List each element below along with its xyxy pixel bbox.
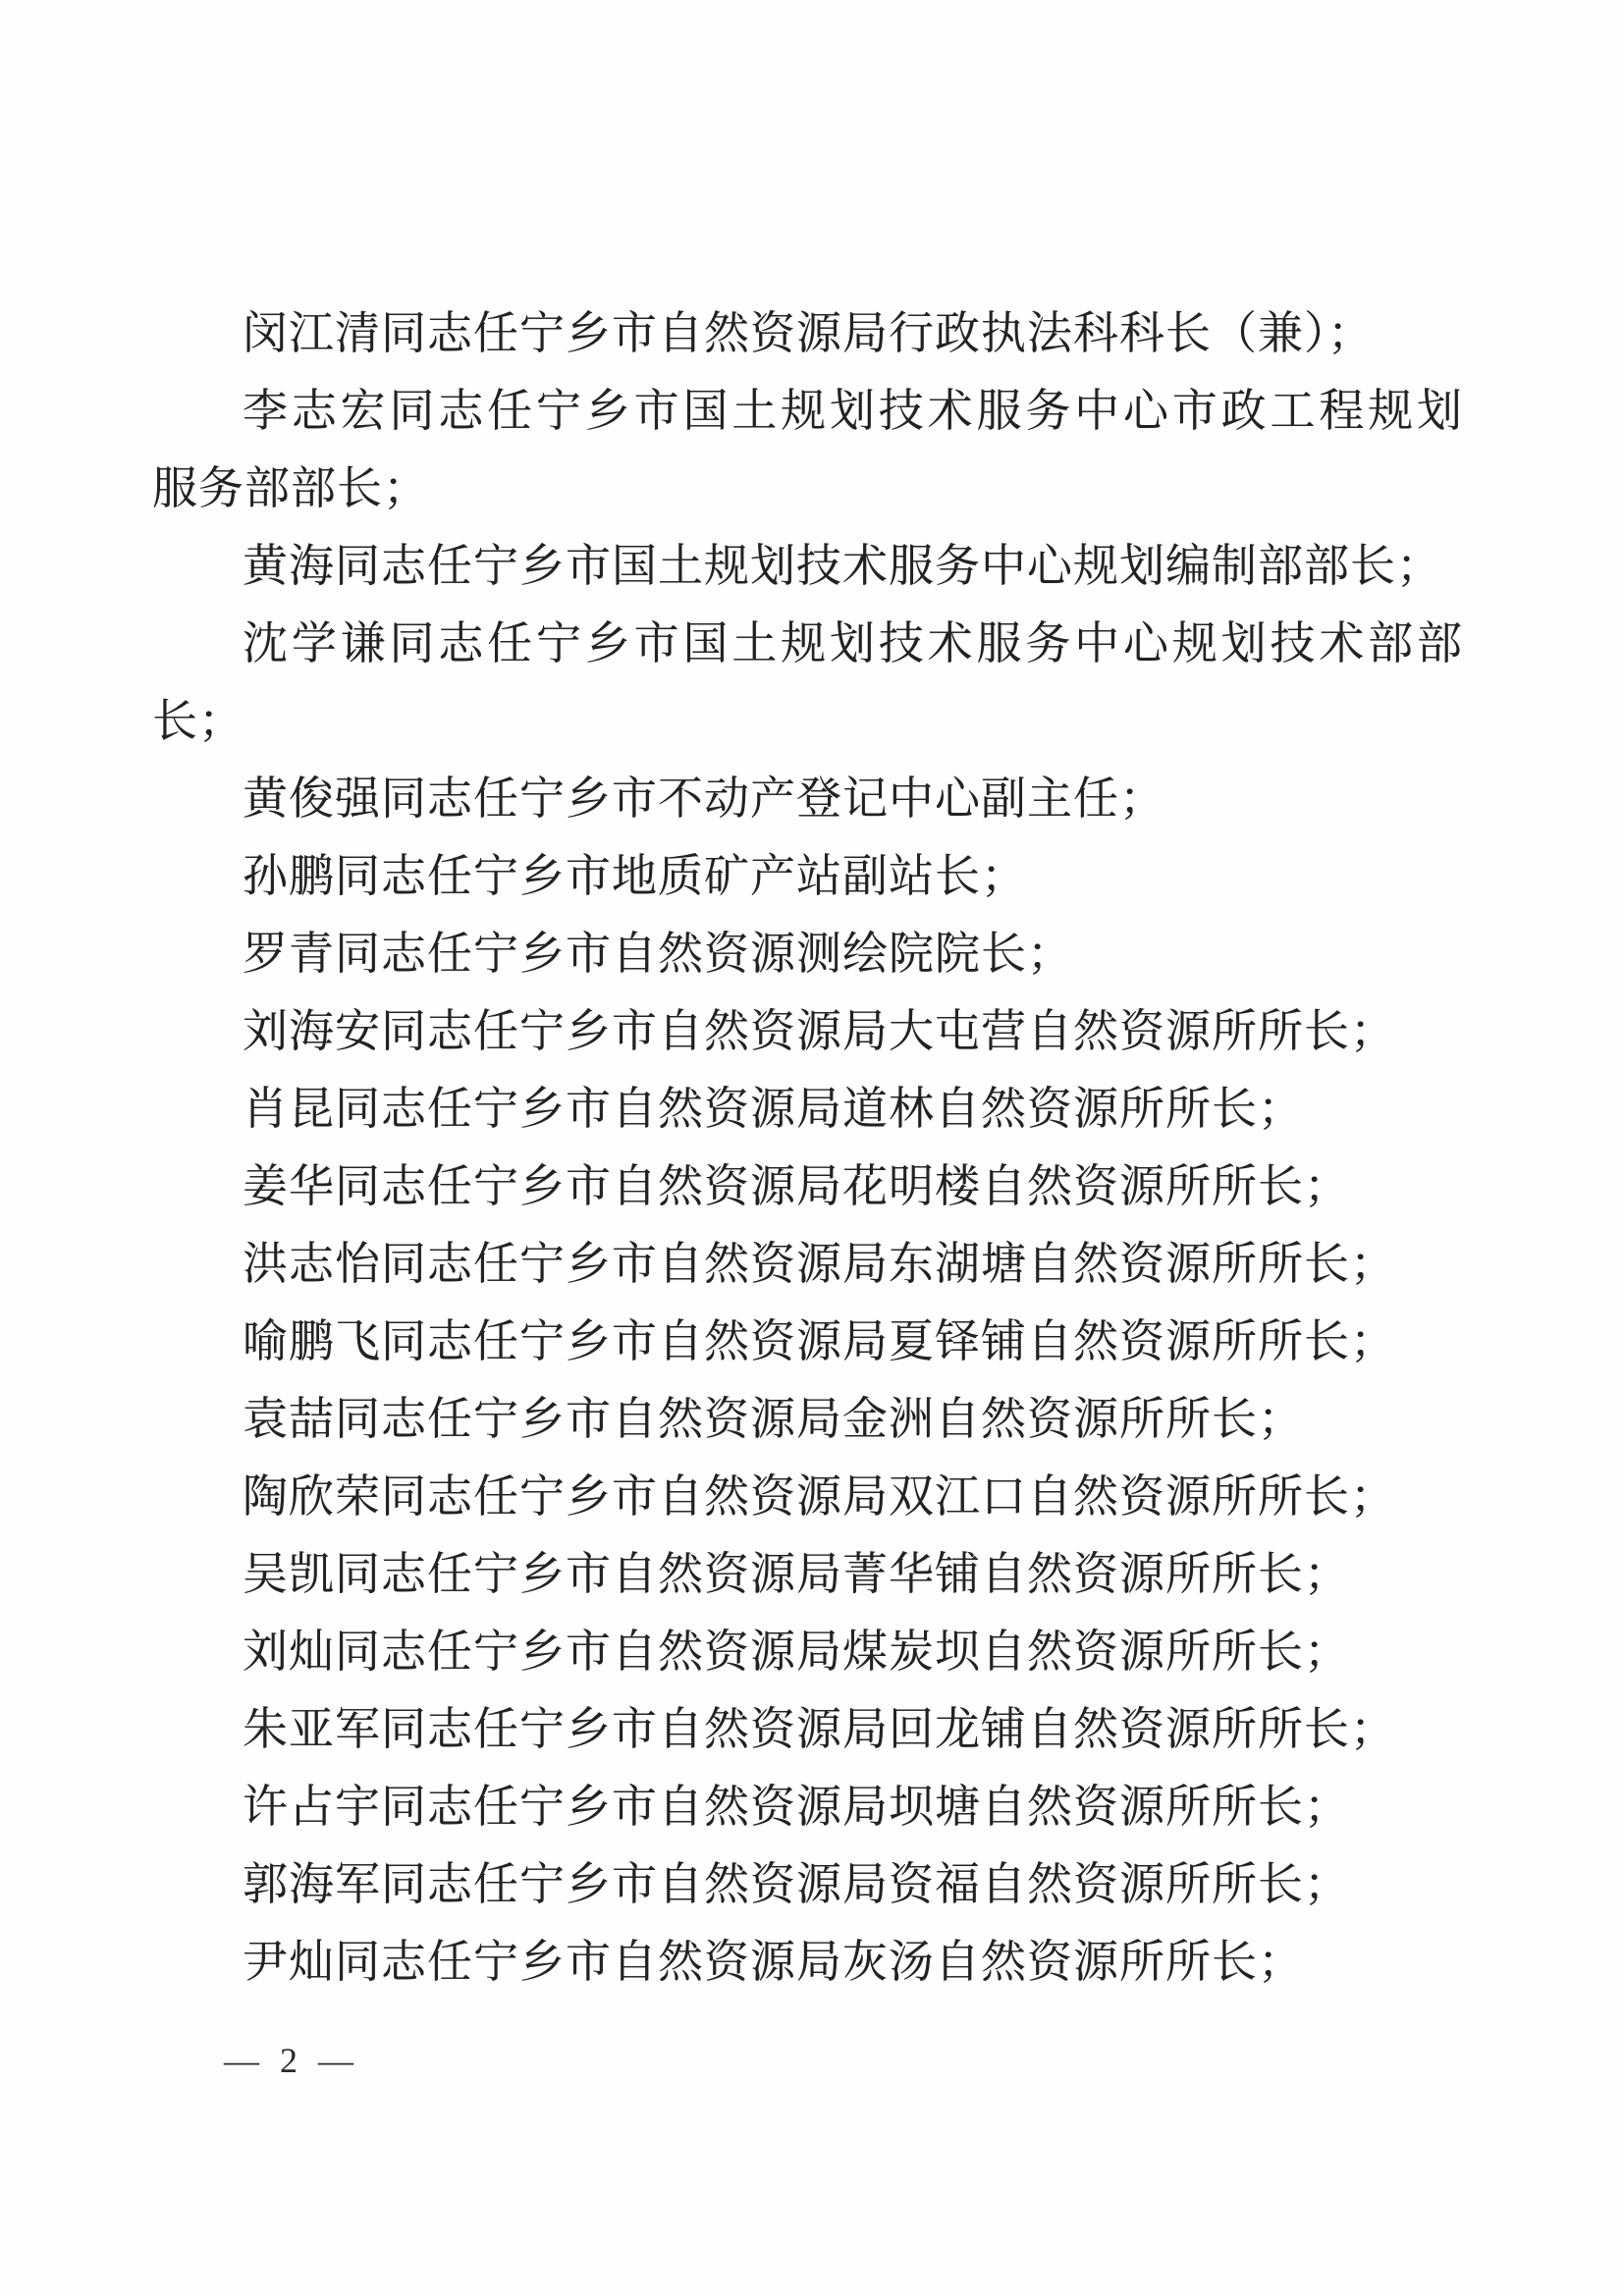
continuation-line: 服务部部长；: [152, 450, 1463, 527]
appointment-line: 罗青同志任宁乡市自然资源测绘院院长；: [152, 915, 1463, 992]
appointment-line: 陶欣荣同志任宁乡市自然资源局双江口自然资源所所长；: [152, 1458, 1463, 1535]
appointment-line: 刘海安同志任宁乡市自然资源局大屯营自然资源所所长；: [152, 992, 1463, 1070]
appointment-line: 李志宏同志任宁乡市国土规划技术服务中心市政工程规划: [152, 372, 1463, 450]
appointment-line: 尹灿同志任宁乡市自然资源局灰汤自然资源所所长；: [152, 1923, 1463, 2001]
appointment-line: 黄俊强同志任宁乡市不动产登记中心副主任；: [152, 760, 1463, 837]
appointment-line: 沈学谦同志任宁乡市国土规划技术服务中心规划技术部部: [152, 605, 1463, 682]
appointment-line: 郭海军同志任宁乡市自然资源局资福自然资源所所长；: [152, 1845, 1463, 1923]
appointment-line: 吴凯同志任宁乡市自然资源局菁华铺自然资源所所长；: [152, 1535, 1463, 1613]
continuation-line: 长；: [152, 682, 1463, 760]
appointment-line: 喻鹏飞同志任宁乡市自然资源局夏铎铺自然资源所所长；: [152, 1303, 1463, 1380]
appointment-line: 许占宇同志任宁乡市自然资源局坝塘自然资源所所长；: [152, 1768, 1463, 1845]
appointment-line: 姜华同志任宁乡市自然资源局花明楼自然资源所所长；: [152, 1148, 1463, 1225]
appointment-line: 闵江清同志任宁乡市自然资源局行政执法科科长（兼）；: [152, 294, 1463, 372]
document-page: 闵江清同志任宁乡市自然资源局行政执法科科长（兼）；李志宏同志任宁乡市国土规划技术…: [0, 0, 1623, 2296]
text-block: 闵江清同志任宁乡市自然资源局行政执法科科长（兼）；李志宏同志任宁乡市国土规划技术…: [152, 294, 1463, 2001]
appointment-line: 洪志怡同志任宁乡市自然资源局东湖塘自然资源所所长；: [152, 1225, 1463, 1303]
appointment-line: 孙鹏同志任宁乡市地质矿产站副站长；: [152, 837, 1463, 915]
appointment-line: 黄海同志任宁乡市国土规划技术服务中心规划编制部部长；: [152, 527, 1463, 605]
appointment-line: 刘灿同志任宁乡市自然资源局煤炭坝自然资源所所长；: [152, 1613, 1463, 1690]
page-number: — 2 —: [224, 2040, 359, 2081]
appointment-line: 朱亚军同志任宁乡市自然资源局回龙铺自然资源所所长；: [152, 1690, 1463, 1768]
appointment-line: 袁喆同志任宁乡市自然资源局金洲自然资源所所长；: [152, 1380, 1463, 1458]
appointment-line: 肖昆同志任宁乡市自然资源局道林自然资源所所长；: [152, 1070, 1463, 1148]
